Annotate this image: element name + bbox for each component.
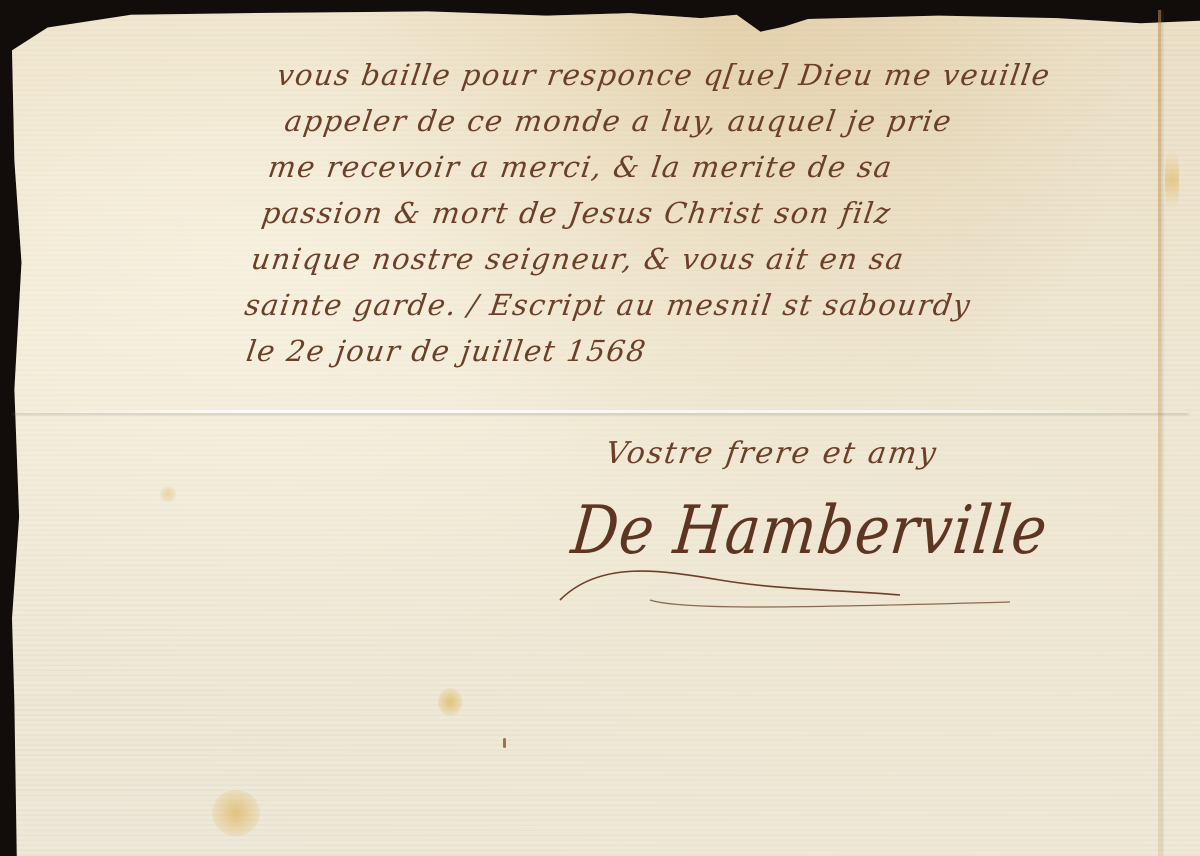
ink-speck: [503, 738, 506, 748]
letter-line: unique nostre seigneur, & vous ait en sa: [248, 236, 1084, 282]
foxing-stain: [212, 790, 260, 836]
foxing-stain: [160, 486, 176, 502]
letter-line: passion & mort de Jesus Christ son filz: [255, 190, 1125, 236]
horizontal-fold-line: [12, 410, 1188, 413]
signature-flourish: [540, 540, 1040, 620]
letter-body: vous baille pour responce q[ue] Dieu me …: [235, 52, 1180, 374]
letter-date-line: le 2e jour de juillet 1568: [235, 328, 769, 374]
foxing-stain: [1165, 150, 1179, 210]
letter-line: sainte garde. / Escript au mesnil st sab…: [242, 282, 1128, 328]
letter-closing: Vostre frere et amy: [604, 436, 940, 471]
manuscript-photo: vous baille pour responce q[ue] Dieu me …: [0, 0, 1200, 856]
letter-line: me recevoir a merci, & la merite de sa: [261, 144, 1121, 190]
letter-line: vous baille pour responce q[ue] Dieu me …: [274, 52, 1160, 98]
foxing-stain: [438, 688, 462, 716]
letter-line: appeler de ce monde a luy, auquel je pri…: [268, 98, 1138, 144]
